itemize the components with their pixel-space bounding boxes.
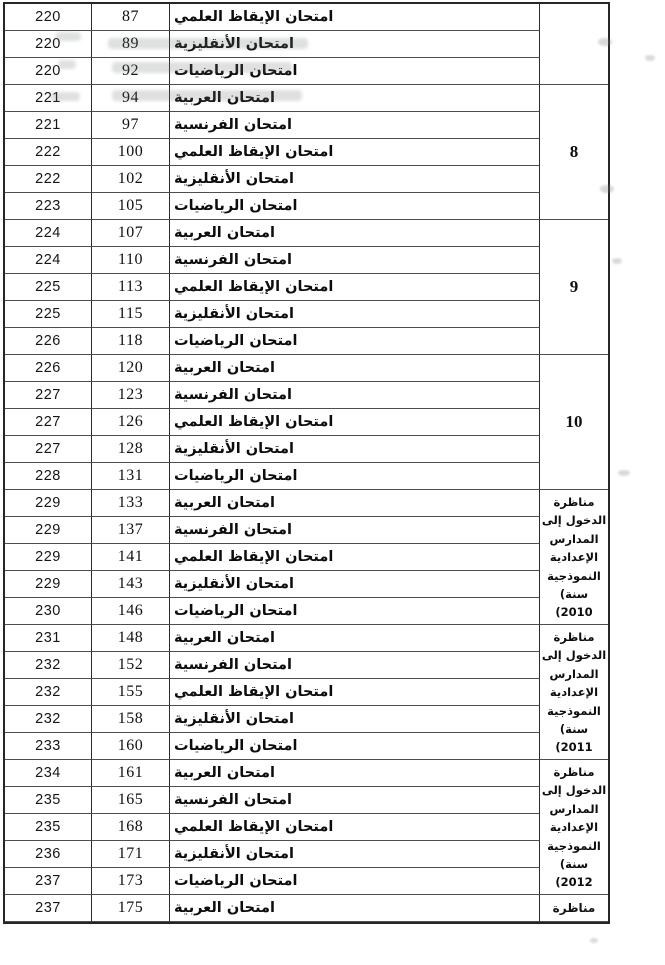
sequence-number-cell: 107 bbox=[92, 220, 170, 247]
group-label-line: الدخول إلى bbox=[542, 781, 606, 799]
exam-name-cell: امتحان الرياضيات bbox=[170, 598, 540, 625]
page-number-cell: 226 bbox=[5, 328, 92, 355]
exam-name-cell: امتحان العربية bbox=[170, 625, 540, 652]
group-label-line: مناظرة bbox=[554, 763, 595, 781]
exam-name-cell: امتحان الإيقاظ العلمي bbox=[170, 679, 540, 706]
group-cell: 9 bbox=[540, 220, 608, 355]
exam-name-cell: امتحان العربية bbox=[170, 760, 540, 787]
group-label-line: (سنة bbox=[560, 720, 588, 738]
exam-name-cell: امتحان الأنقليزية bbox=[170, 706, 540, 733]
sequence-number-cell: 160 bbox=[92, 733, 170, 760]
sequence-number-cell: 87 bbox=[92, 4, 170, 31]
sequence-number-cell: 143 bbox=[92, 571, 170, 598]
sequence-number-cell: 171 bbox=[92, 841, 170, 868]
group-label-line: (2010 bbox=[555, 603, 592, 621]
page-number-cell: 224 bbox=[5, 247, 92, 274]
sequence-number-cell: 173 bbox=[92, 868, 170, 895]
sequence-number-cell: 94 bbox=[92, 85, 170, 112]
sequence-number-cell: 152 bbox=[92, 652, 170, 679]
sequence-number-cell: 97 bbox=[92, 112, 170, 139]
group-cell bbox=[540, 4, 608, 85]
page-number-cell: 233 bbox=[5, 733, 92, 760]
page-number-cell: 227 bbox=[5, 409, 92, 436]
sequence-number-cell: 141 bbox=[92, 544, 170, 571]
page-number-cell: 228 bbox=[5, 463, 92, 490]
page-number-cell: 232 bbox=[5, 652, 92, 679]
group-label-line: مناظرة bbox=[554, 628, 595, 646]
exam-name-cell: امتحان الرياضيات bbox=[170, 463, 540, 490]
group-label-line: الإعدادية bbox=[550, 818, 598, 836]
sequence-number-cell: 105 bbox=[92, 193, 170, 220]
exam-name-cell: امتحان العربية bbox=[170, 85, 540, 112]
sequence-number-cell: 128 bbox=[92, 436, 170, 463]
group-label-line: (2011 bbox=[555, 738, 592, 756]
sequence-number-cell: 131 bbox=[92, 463, 170, 490]
page-number-cell: 231 bbox=[5, 625, 92, 652]
exam-name-cell: امتحان الفرنسية bbox=[170, 112, 540, 139]
sequence-number-cell: 102 bbox=[92, 166, 170, 193]
exam-index-table: 22087امتحان الإيقاظ العلمي22089امتحان ال… bbox=[3, 2, 610, 924]
exam-name-cell: امتحان الأنقليزية bbox=[170, 841, 540, 868]
group-label-line: (سنة bbox=[560, 585, 588, 603]
page-number-cell: 229 bbox=[5, 490, 92, 517]
sequence-number-cell: 148 bbox=[92, 625, 170, 652]
group-label-line: النموذجية bbox=[547, 702, 601, 720]
scan-noise bbox=[590, 938, 598, 943]
page-number-cell: 230 bbox=[5, 598, 92, 625]
group-cell: مناظرة bbox=[540, 895, 608, 922]
sequence-number-cell: 158 bbox=[92, 706, 170, 733]
page-number-cell: 235 bbox=[5, 787, 92, 814]
exam-name-cell: امتحان الأنقليزية bbox=[170, 571, 540, 598]
group-label-line: (2012 bbox=[555, 873, 592, 891]
sequence-number-cell: 115 bbox=[92, 301, 170, 328]
page-number-cell: 236 bbox=[5, 841, 92, 868]
exam-name-cell: امتحان الفرنسية bbox=[170, 382, 540, 409]
exam-name-cell: امتحان الإيقاظ العلمي bbox=[170, 4, 540, 31]
group-label-line: النموذجية bbox=[547, 567, 601, 585]
exam-name-cell: امتحان الفرنسية bbox=[170, 787, 540, 814]
sequence-number-cell: 123 bbox=[92, 382, 170, 409]
sequence-number-cell: 168 bbox=[92, 814, 170, 841]
page-number-cell: 224 bbox=[5, 220, 92, 247]
exam-name-cell: امتحان العربية bbox=[170, 220, 540, 247]
group-label-line: المدارس bbox=[549, 665, 598, 683]
page-number-cell: 225 bbox=[5, 301, 92, 328]
sequence-number-cell: 92 bbox=[92, 58, 170, 85]
group-cell: مناظرةالدخول إلىالمدارسالإعداديةالنموذجي… bbox=[540, 625, 608, 760]
exam-name-cell: امتحان الرياضيات bbox=[170, 868, 540, 895]
sequence-number-cell: 146 bbox=[92, 598, 170, 625]
page-number-cell: 222 bbox=[5, 166, 92, 193]
sequence-number-cell: 155 bbox=[92, 679, 170, 706]
page-number-cell: 225 bbox=[5, 274, 92, 301]
group-label-line: الإعدادية bbox=[550, 548, 598, 566]
exam-name-cell: امتحان العربية bbox=[170, 895, 540, 922]
page-number-cell: 227 bbox=[5, 436, 92, 463]
sequence-number-cell: 120 bbox=[92, 355, 170, 382]
group-label-line: (سنة bbox=[560, 855, 588, 873]
exam-name-cell: امتحان الرياضيات bbox=[170, 328, 540, 355]
sequence-number-cell: 100 bbox=[92, 139, 170, 166]
exam-name-cell: امتحان الإيقاظ العلمي bbox=[170, 139, 540, 166]
exam-name-cell: امتحان الرياضيات bbox=[170, 193, 540, 220]
page-number-cell: 226 bbox=[5, 355, 92, 382]
exam-name-cell: امتحان الأنقليزية bbox=[170, 301, 540, 328]
sequence-number-cell: 161 bbox=[92, 760, 170, 787]
page-number-cell: 229 bbox=[5, 517, 92, 544]
group-label-line: المدارس bbox=[549, 530, 598, 548]
group-label-line: مناظرة bbox=[554, 493, 595, 511]
page-number-cell: 223 bbox=[5, 193, 92, 220]
page-number-cell: 221 bbox=[5, 112, 92, 139]
exam-name-cell: امتحان الرياضيات bbox=[170, 58, 540, 85]
sequence-number-cell: 113 bbox=[92, 274, 170, 301]
sequence-number-cell: 118 bbox=[92, 328, 170, 355]
exam-name-cell: امتحان العربية bbox=[170, 490, 540, 517]
page-number-cell: 237 bbox=[5, 895, 92, 922]
exam-name-cell: امتحان الإيقاظ العلمي bbox=[170, 274, 540, 301]
group-label-line: الإعدادية bbox=[550, 683, 598, 701]
sequence-number-cell: 89 bbox=[92, 31, 170, 58]
page-number-cell: 234 bbox=[5, 760, 92, 787]
exam-name-cell: امتحان الأنقليزية bbox=[170, 436, 540, 463]
sequence-number-cell: 175 bbox=[92, 895, 170, 922]
page-number-cell: 220 bbox=[5, 31, 92, 58]
group-cell: مناظرةالدخول إلىالمدارسالإعداديةالنموذجي… bbox=[540, 490, 608, 625]
exam-name-cell: امتحان الفرنسية bbox=[170, 517, 540, 544]
group-label-line: النموذجية bbox=[547, 837, 601, 855]
scanned-document-page: 22087امتحان الإيقاظ العلمي22089امتحان ال… bbox=[0, 0, 665, 965]
sequence-number-cell: 137 bbox=[92, 517, 170, 544]
exam-name-cell: امتحان الأنقليزية bbox=[170, 31, 540, 58]
page-number-cell: 220 bbox=[5, 58, 92, 85]
group-label-line: المدارس bbox=[549, 800, 598, 818]
exam-name-cell: امتحان الرياضيات bbox=[170, 733, 540, 760]
scan-noise bbox=[612, 258, 622, 264]
exam-name-cell: امتحان الفرنسية bbox=[170, 247, 540, 274]
page-number-cell: 237 bbox=[5, 868, 92, 895]
page-number-cell: 235 bbox=[5, 814, 92, 841]
exam-name-cell: امتحان الإيقاظ العلمي bbox=[170, 814, 540, 841]
page-number-cell: 232 bbox=[5, 679, 92, 706]
group-cell: مناظرةالدخول إلىالمدارسالإعداديةالنموذجي… bbox=[540, 760, 608, 895]
page-number-cell: 222 bbox=[5, 139, 92, 166]
group-cell: 8 bbox=[540, 85, 608, 220]
group-label-line: الدخول إلى bbox=[542, 646, 606, 664]
page-number-cell: 220 bbox=[5, 4, 92, 31]
page-number-cell: 227 bbox=[5, 382, 92, 409]
exam-name-cell: امتحان الإيقاظ العلمي bbox=[170, 544, 540, 571]
page-number-cell: 232 bbox=[5, 706, 92, 733]
exam-name-cell: امتحان الإيقاظ العلمي bbox=[170, 409, 540, 436]
sequence-number-cell: 110 bbox=[92, 247, 170, 274]
page-number-cell: 221 bbox=[5, 85, 92, 112]
exam-name-cell: امتحان الفرنسية bbox=[170, 652, 540, 679]
scan-noise bbox=[618, 470, 630, 476]
sequence-number-cell: 126 bbox=[92, 409, 170, 436]
sequence-number-cell: 165 bbox=[92, 787, 170, 814]
sequence-number-cell: 133 bbox=[92, 490, 170, 517]
scan-noise bbox=[645, 55, 655, 61]
group-cell: 10 bbox=[540, 355, 608, 490]
exam-name-cell: امتحان العربية bbox=[170, 355, 540, 382]
exam-name-cell: امتحان الأنقليزية bbox=[170, 166, 540, 193]
page-number-cell: 229 bbox=[5, 571, 92, 598]
group-label-line: الدخول إلى bbox=[542, 511, 606, 529]
page-number-cell: 229 bbox=[5, 544, 92, 571]
